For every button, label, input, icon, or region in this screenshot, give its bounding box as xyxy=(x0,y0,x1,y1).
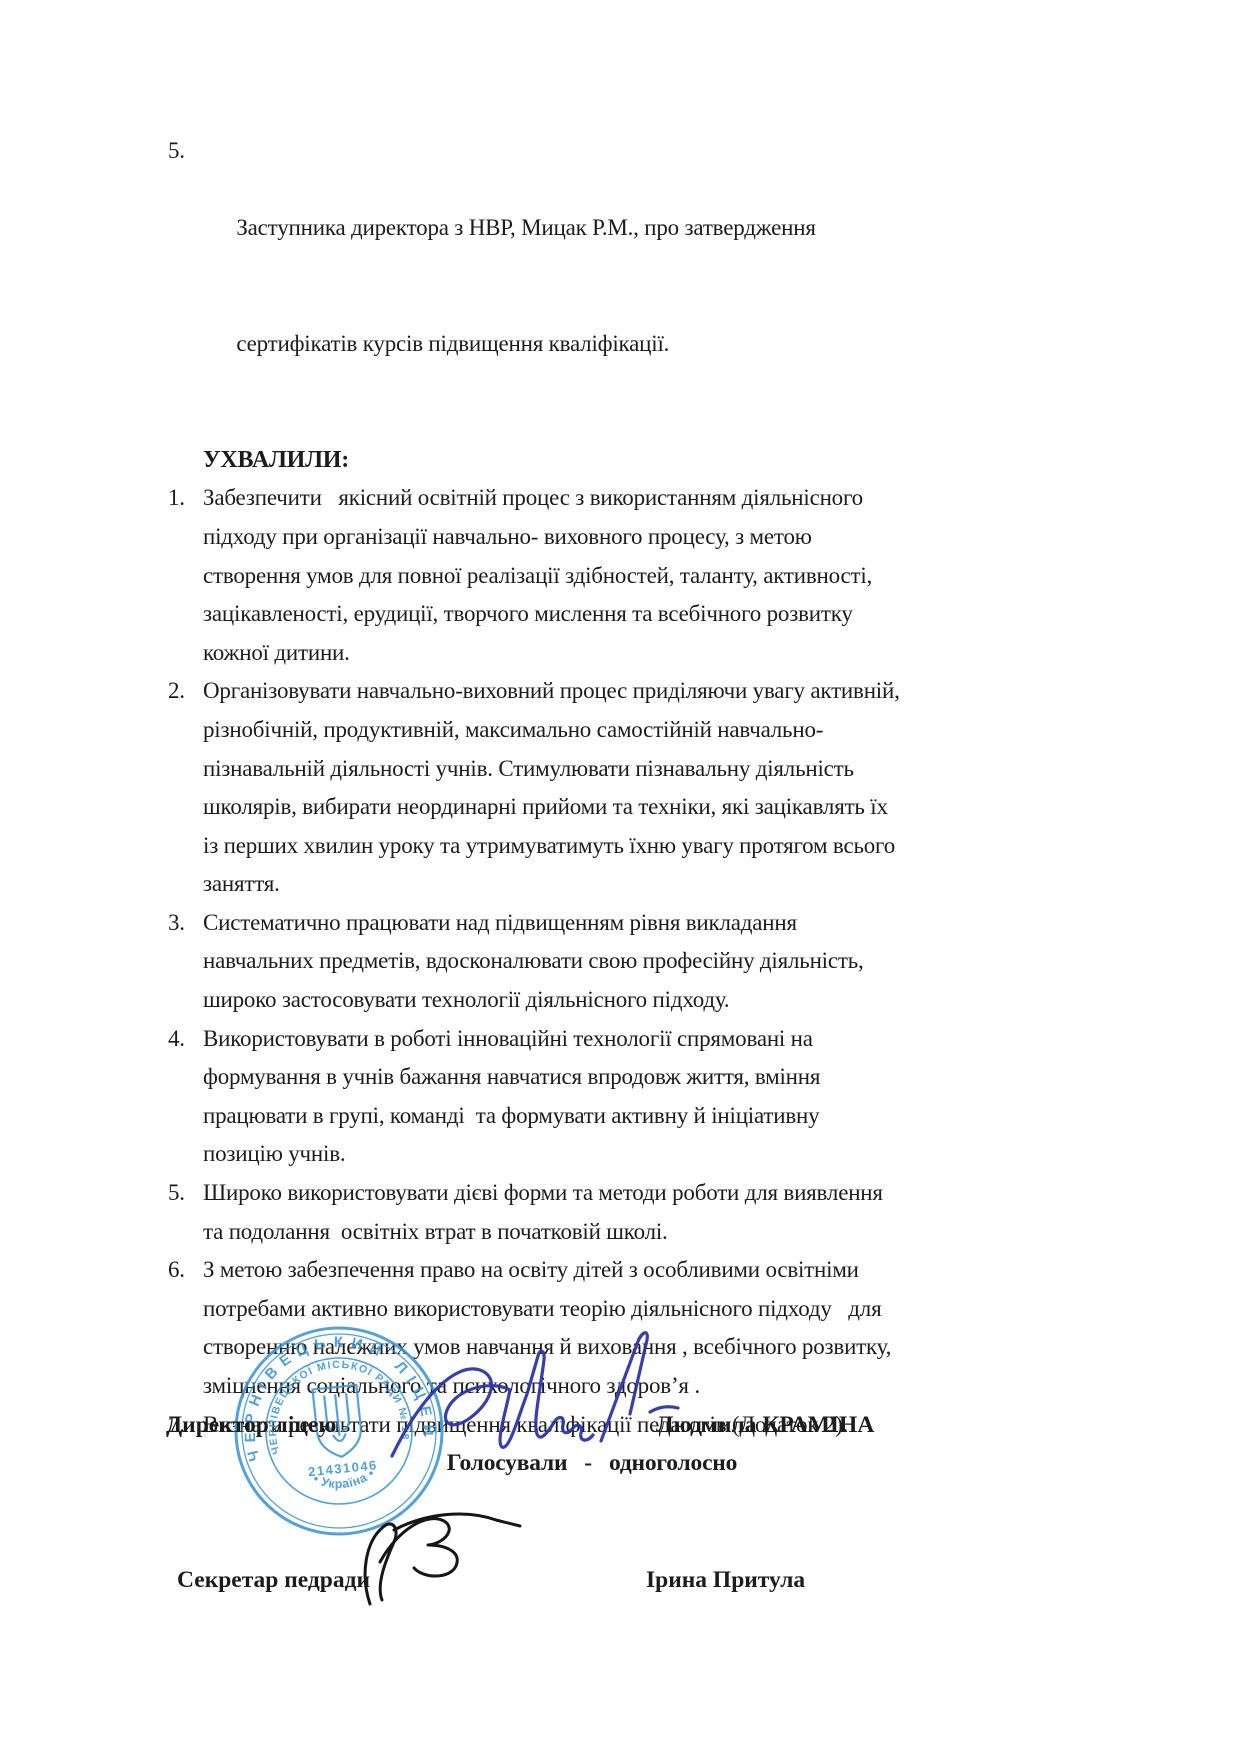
resolution-text: Забезпечити якісний освітній процес з ви… xyxy=(203,485,863,510)
resolution-number: 5. xyxy=(168,1174,185,1213)
secretary-name-label: Ірина Притула xyxy=(646,1567,805,1594)
resolution-list: 1.Забезпечити якісний освітній процес з … xyxy=(168,479,1016,1444)
agenda-item-number: 5. xyxy=(168,132,185,171)
director-name-label: Людмила КРАМІНА xyxy=(656,1412,874,1439)
resolution-4-line-3: працювати в групі, команді та формувати … xyxy=(168,1097,1016,1136)
resolution-text: пізнавальній діяльності учнів. Стимулюва… xyxy=(203,756,854,781)
resolution-6-line-1: 6.З метою забезпечення право на освіту д… xyxy=(168,1251,1016,1290)
resolutions-heading: УХВАЛИЛИ: xyxy=(168,441,1016,480)
resolution-1-line-4: зацікавленості, ерудиції, творчого мисле… xyxy=(168,595,1016,634)
resolution-1-line-5: кожної дитини. xyxy=(168,634,1016,673)
resolution-text: та подолання освітніх втрат в початковій… xyxy=(203,1219,668,1244)
resolution-text: різнобічній, продуктивній, максимально с… xyxy=(203,717,823,742)
agenda-item-text: сертифікатів курсів підвищення кваліфіка… xyxy=(236,331,669,356)
resolution-text: Організовувати навчально-виховний процес… xyxy=(203,678,900,703)
secretary-signature xyxy=(352,1508,532,1608)
resolution-1-line-3: створення умов для повної реалізації зді… xyxy=(168,557,1016,596)
resolution-5-line-1: 5.Широко використовувати дієві форми та … xyxy=(168,1174,1016,1213)
director-signature xyxy=(378,1322,688,1467)
resolution-text: З метою забезпечення право на освіту діт… xyxy=(203,1257,859,1282)
secretary-role-label: Секретар педради xyxy=(177,1567,370,1594)
resolution-number: 4. xyxy=(168,1020,185,1059)
resolution-number: 6. xyxy=(168,1251,185,1290)
resolution-text: Широко використовувати дієві форми та ме… xyxy=(203,1180,883,1205)
resolution-text: заняття. xyxy=(203,871,280,896)
resolution-4-line-4: позицію учнів. xyxy=(168,1135,1016,1174)
resolution-number: 3. xyxy=(168,904,185,943)
resolution-3-line-1: 3.Систематично працювати над підвищенням… xyxy=(168,904,1016,943)
resolution-2-line-2: різнобічній, продуктивній, максимально с… xyxy=(168,711,1016,750)
resolution-text: Систематично працювати над підвищенням р… xyxy=(203,910,797,935)
agenda-item-text: Заступника директора з НВР, Мицак Р.М., … xyxy=(236,215,815,240)
resolution-number: 1. xyxy=(168,479,185,518)
resolution-2-line-3: пізнавальній діяльності учнів. Стимулюва… xyxy=(168,750,1016,789)
resolution-text: позицію учнів. xyxy=(203,1141,345,1166)
resolution-1-line-2: підходу при організації навчально- вихов… xyxy=(168,518,1016,557)
resolution-text: формування в учнів бажання навчатися впр… xyxy=(203,1064,820,1089)
resolution-2-line-4: школярів, вибирати неординарні прийоми т… xyxy=(168,788,1016,827)
resolution-text: зацікавленості, ерудиції, творчого мисле… xyxy=(203,601,853,626)
resolution-text: із перших хвилин уроку та утримуватимуть… xyxy=(203,833,895,858)
resolution-text: школярів, вибирати неординарні прийоми т… xyxy=(203,794,888,819)
document-body: 5. Заступника директора з НВР, Мицак Р.М… xyxy=(168,132,1016,1483)
resolution-number: 2. xyxy=(168,672,185,711)
resolution-text: кожної дитини. xyxy=(203,640,350,665)
resolution-text: навчальних предметів, вдосконалювати сво… xyxy=(203,948,864,973)
resolution-text: підходу при організації навчально- вихов… xyxy=(203,524,812,549)
director-role-label: Директор ліцею xyxy=(166,1412,336,1439)
resolution-text: працювати в групі, команді та формувати … xyxy=(203,1103,819,1128)
resolution-5-line-2: та подолання освітніх втрат в початковій… xyxy=(168,1213,1016,1252)
resolution-text: створення умов для повної реалізації зді… xyxy=(203,563,872,588)
spacer-line xyxy=(168,402,1016,441)
resolution-3-line-3: широко застосовувати технології діяльніс… xyxy=(168,981,1016,1020)
resolution-2-line-1: 2.Організовувати навчально-виховний проц… xyxy=(168,672,1016,711)
resolution-3-line-2: навчальних предметів, вдосконалювати сво… xyxy=(168,942,1016,981)
resolution-2-line-5: із перших хвилин уроку та утримуватимуть… xyxy=(168,827,1016,866)
agenda-item-5-line-1: 5. Заступника директора з НВР, Мицак Р.М… xyxy=(168,132,1016,286)
document-page: 5. Заступника директора з НВР, Мицак Р.М… xyxy=(0,0,1241,1754)
agenda-item-5-line-2: сертифікатів курсів підвищення кваліфіка… xyxy=(168,286,1016,402)
resolution-text: потребами активно використовувати теорію… xyxy=(203,1296,881,1321)
resolution-2-line-6: заняття. xyxy=(168,865,1016,904)
resolution-4-line-2: формування в учнів бажання навчатися впр… xyxy=(168,1058,1016,1097)
resolution-1-line-1: 1.Забезпечити якісний освітній процес з … xyxy=(168,479,1016,518)
resolution-text: Використовувати в роботі інноваційні тех… xyxy=(203,1026,813,1051)
resolution-4-line-1: 4.Використовувати в роботі інноваційні т… xyxy=(168,1020,1016,1059)
resolution-text: широко застосовувати технології діяльніс… xyxy=(203,987,729,1012)
